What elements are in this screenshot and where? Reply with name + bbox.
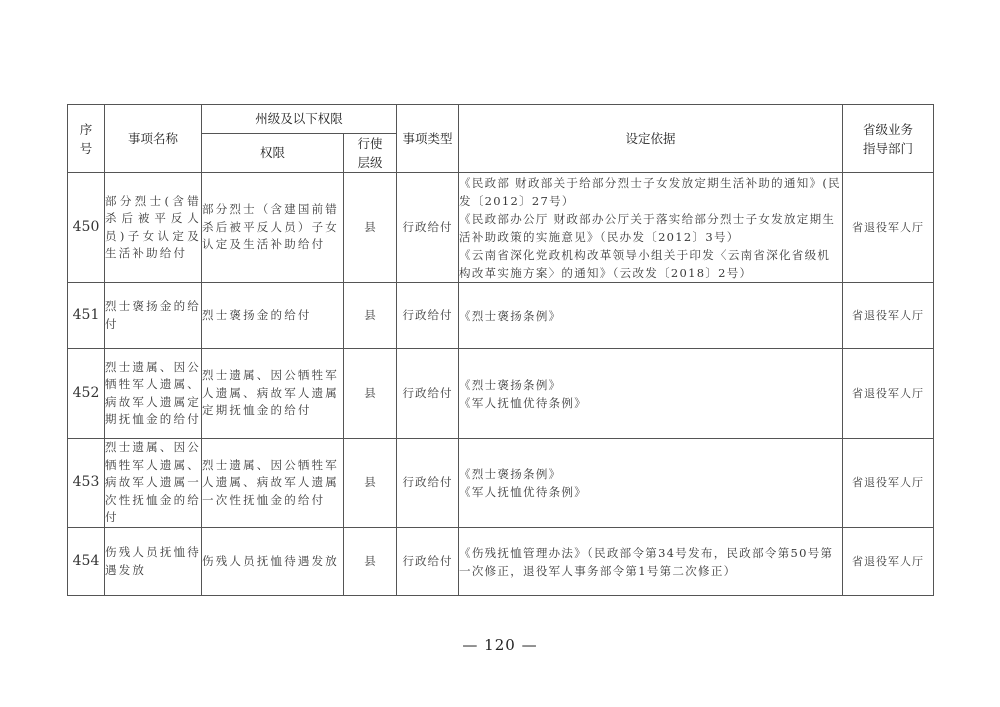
exercise-level-cell: 县 — [344, 439, 397, 528]
provincial-dept-cell: 省退役军人厅 — [843, 283, 934, 349]
item-type-cell: 行政给付 — [397, 283, 459, 349]
item-name-cell: 烈士遗属、因公牺牲军人遗属、病故军人遗属定期抚恤金的给付 — [105, 349, 202, 439]
item-type-cell: 行政给付 — [397, 439, 459, 528]
seq-cell: 453 — [68, 439, 105, 528]
item-name-cell: 部分烈士(含错杀后被平反人员)子女认定及生活补助给付 — [105, 173, 202, 283]
header-seq-line-2: 号 — [68, 139, 104, 158]
item-name-cell: 伤残人员抚恤待遇发放 — [105, 528, 202, 596]
header-authority: 权限 — [202, 134, 344, 173]
header-exercise-level-line-2: 层级 — [344, 153, 396, 172]
legal-basis-line: 《烈士褒扬条例》 — [459, 376, 842, 394]
header-item-name: 事项名称 — [105, 105, 202, 173]
header-exercise-level-line-1: 行使 — [344, 134, 396, 153]
legal-basis-cell: 《烈士褒扬条例》 《军人抚恤优待条例》 — [459, 349, 843, 439]
legal-basis-line: 《民政部 财政部关于给部分烈士子女发放定期生活补助的通知》(民发〔2012〕27… — [459, 174, 842, 210]
legal-basis-cell: 《烈士褒扬条例》 《军人抚恤优待条例》 — [459, 439, 843, 528]
header-provincial-dept: 省级业务 指导部门 — [843, 105, 934, 173]
provincial-dept-cell: 省退役军人厅 — [843, 528, 934, 596]
legal-basis-line: 《军人抚恤优待条例》 — [459, 394, 842, 412]
authority-cell: 烈士遗属、因公牺牲军人遗属、病故军人遗属定期抚恤金的给付 — [202, 349, 344, 439]
header-item-type: 事项类型 — [397, 105, 459, 173]
header-prefecture-authority-group: 州级及以下权限 — [202, 105, 397, 134]
legal-basis-cell: 《民政部 财政部关于给部分烈士子女发放定期生活补助的通知》(民发〔2012〕27… — [459, 173, 843, 283]
header-legal-basis: 设定依据 — [459, 105, 843, 173]
legal-basis-line: 《云南省深化党政机构改革领导小组关于印发〈云南省深化省级机构改革实施方案〉的通知… — [459, 246, 842, 282]
exercise-level-cell: 县 — [344, 173, 397, 283]
header-provincial-dept-line-2: 指导部门 — [843, 139, 933, 158]
exercise-level-cell: 县 — [344, 349, 397, 439]
exercise-level-cell: 县 — [344, 528, 397, 596]
document-page: 序 号 事项名称 州级及以下权限 事项类型 设定依据 省级业务 指导部门 权限 … — [0, 0, 1000, 707]
table-header-row: 序 号 事项名称 州级及以下权限 事项类型 设定依据 省级业务 指导部门 — [68, 105, 934, 134]
legal-basis-cell: 《伤残抚恤管理办法》（民政部令第34号发布，民政部令第50号第一次修正，退役军人… — [459, 528, 843, 596]
header-seq-line-1: 序 — [68, 120, 104, 139]
seq-cell: 452 — [68, 349, 105, 439]
legal-basis-line: 《军人抚恤优待条例》 — [459, 483, 842, 501]
table-row: 452 烈士遗属、因公牺牲军人遗属、病故军人遗属定期抚恤金的给付 烈士遗属、因公… — [68, 349, 934, 439]
table-row: 450 部分烈士(含错杀后被平反人员)子女认定及生活补助给付 部分烈士（含建国前… — [68, 173, 934, 283]
item-type-cell: 行政给付 — [397, 173, 459, 283]
legal-basis-line: 《民政部办公厅 财政部办公厅关于落实给部分烈士子女发放定期生活补助政策的实施意见… — [459, 210, 842, 246]
header-seq: 序 号 — [68, 105, 105, 173]
provincial-dept-cell: 省退役军人厅 — [843, 173, 934, 283]
seq-cell: 451 — [68, 283, 105, 349]
table-row: 451 烈士褒扬金的给付 烈士褒扬金的给付 县 行政给付 《烈士褒扬条例》 省退… — [68, 283, 934, 349]
legal-basis-line: 《烈士褒扬条例》 — [459, 307, 842, 325]
authority-cell: 烈士遗属、因公牺牲军人遗属、病故军人遗属一次性抚恤金的给付 — [202, 439, 344, 528]
authority-cell: 烈士褒扬金的给付 — [202, 283, 344, 349]
provincial-dept-cell: 省退役军人厅 — [843, 439, 934, 528]
provincial-dept-cell: 省退役军人厅 — [843, 349, 934, 439]
legal-basis-cell: 《烈士褒扬条例》 — [459, 283, 843, 349]
seq-cell: 454 — [68, 528, 105, 596]
item-type-cell: 行政给付 — [397, 349, 459, 439]
authority-cell: 部分烈士（含建国前错杀后被平反人员）子女认定及生活补助给付 — [202, 173, 344, 283]
table-row: 454 伤残人员抚恤待遇发放 伤残人员抚恤待遇发放 县 行政给付 《伤残抚恤管理… — [68, 528, 934, 596]
item-name-cell: 烈士褒扬金的给付 — [105, 283, 202, 349]
table-row: 453 烈士遗属、因公牺牲军人遗属、病故军人遗属一次性抚恤金的给付 烈士遗属、因… — [68, 439, 934, 528]
header-provincial-dept-line-1: 省级业务 — [843, 120, 933, 139]
item-type-cell: 行政给付 — [397, 528, 459, 596]
authority-cell: 伤残人员抚恤待遇发放 — [202, 528, 344, 596]
legal-basis-line: 《烈士褒扬条例》 — [459, 465, 842, 483]
administrative-items-table: 序 号 事项名称 州级及以下权限 事项类型 设定依据 省级业务 指导部门 权限 … — [67, 104, 934, 596]
seq-cell: 450 — [68, 173, 105, 283]
legal-basis-line: 《伤残抚恤管理办法》（民政部令第34号发布，民政部令第50号第一次修正，退役军人… — [459, 544, 842, 580]
page-number: — 120 — — [0, 636, 1000, 654]
item-name-cell: 烈士遗属、因公牺牲军人遗属、病故军人遗属一次性抚恤金的给付 — [105, 439, 202, 528]
exercise-level-cell: 县 — [344, 283, 397, 349]
header-exercise-level: 行使 层级 — [344, 134, 397, 173]
